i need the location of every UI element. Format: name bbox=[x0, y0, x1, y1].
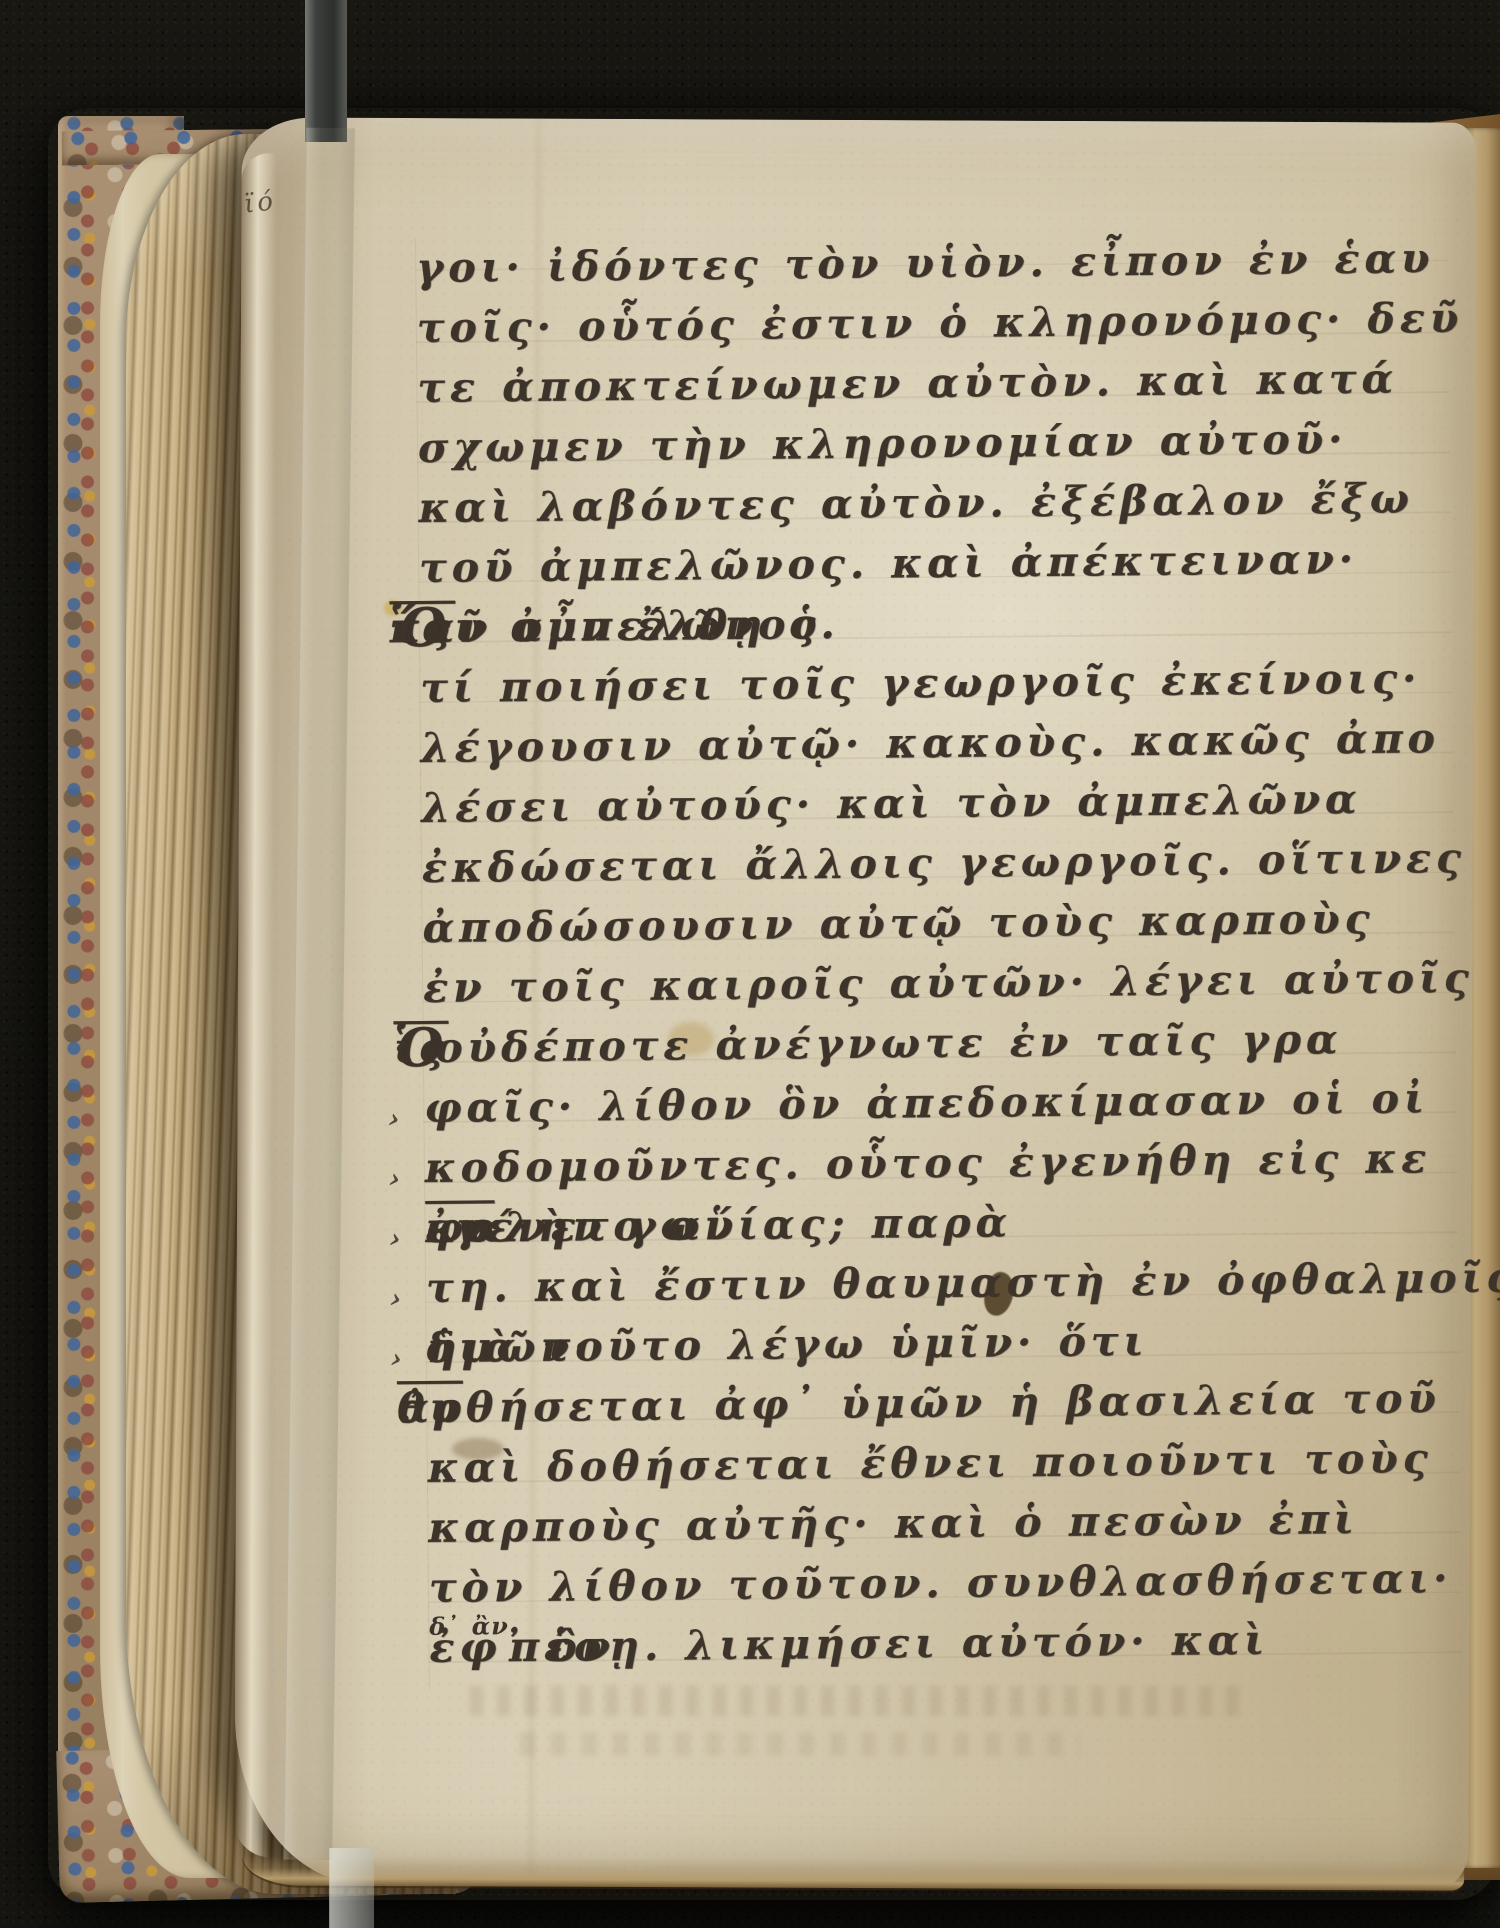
manuscript-line: ἐφ᾽ ὃν δ᾽ ἂν πέσῃ. λικμήσει αὐτόν· καὶ bbox=[429, 1608, 1462, 1678]
text-block: γοι· ἰδόντες τὸν υἱὸν. εἶπον ἐν ἑαυτοῖς·… bbox=[415, 228, 1462, 1690]
manuscript-line: τί ποιήσει τοῖς γεωργοῖς ἐκείνοις· bbox=[420, 648, 1453, 718]
line-text: κοδομοῦντες. οὗτος ἐγενήθη εἰς κε bbox=[425, 1128, 1432, 1198]
line-text: ἀποδώσουσιν αὐτῷ τοὺς καρποὺς bbox=[422, 889, 1374, 958]
manuscript-line: ›φαῖς· λίθον ὃν ἀπεδοκίμασαν οἱ οἰ bbox=[424, 1068, 1457, 1138]
verso-showthrough bbox=[470, 1686, 1250, 1716]
manuscript-line: λέσει αὐτούς· καὶ τὸν ἀμπελῶνα bbox=[421, 768, 1454, 838]
line-text: . bbox=[397, 1378, 417, 1438]
manuscript-line: ἐν τοῖς καιροῖς αὐτῶν· λέγει αὐτοῖς bbox=[423, 948, 1456, 1018]
line-text: λέσει αὐτούς· καὶ τὸν ἀμπελῶνα bbox=[421, 769, 1362, 838]
line-text: καρποὺς αὐτῆς· καὶ ὁ πεσὼν ἐπὶ bbox=[428, 1489, 1359, 1558]
line-text: ἀρθήσεται ἀφ᾽ ὑμῶν ἡ βασιλεία τοῦ bbox=[397, 1368, 1441, 1438]
manuscript-line: τε ἀποκτείνωμεν αὐτὸν. καὶ κατά bbox=[417, 348, 1450, 418]
manuscript-line: τοῖς· οὗτός ἐστιν ὁ κληρονόμος· δεῦ bbox=[417, 288, 1450, 358]
digitization-strap-bottom bbox=[329, 1848, 374, 1928]
line-text: ἐν τοῖς καιροῖς αὐτῶν· λέγει αὐτοῖς bbox=[423, 948, 1474, 1018]
line-text: τοῦ ἀμπελῶνος. καὶ ἀπέκτειναν· bbox=[419, 529, 1358, 598]
line-text: ἐγένετο αὕ bbox=[425, 1195, 738, 1258]
manuscript-line: Ὅταν οὖν ἔλθῃ ὁ κς τοῦ ἀμπελῶνος. bbox=[389, 588, 1452, 658]
line-text: φαῖς· λίθον ὃν ἀπεδοκίμασαν οἱ οἰ bbox=[424, 1068, 1429, 1138]
line-text: λέγουσιν αὐτῷ· κακοὺς. κακῶς ἀπο bbox=[421, 708, 1441, 778]
manuscript-line: Ὁ ις· οὐδέποτε ἀνέγνωτε ἐν ταῖς γρα bbox=[393, 1008, 1456, 1078]
manuscript-line: τοῦ ἀμπελῶνος. καὶ ἀπέκτειναν· bbox=[419, 528, 1452, 598]
manuscript-line: λέγουσιν αὐτῷ· κακοὺς. κακῶς ἀπο bbox=[421, 708, 1454, 778]
line-text: τοῦ ἀμπελῶνος. bbox=[389, 594, 840, 658]
line-text: γοι· ἰδόντες τὸν υἱὸν. εἶπον ἐν ἑαυ bbox=[416, 228, 1435, 298]
line-text: · οὐδέποτε ἀνέγνωτε ἐν ταῖς γρα bbox=[393, 1009, 1342, 1078]
manuscript-line: καὶ λαβόντες αὐτὸν. ἐξέβαλον ἔξω bbox=[418, 468, 1451, 538]
manuscript-line: γοι· ἰδόντες τὸν υἱὸν. εἶπον ἐν ἑαυ bbox=[416, 228, 1449, 298]
digitization-strap-top bbox=[305, 0, 347, 142]
line-text: καὶ δοθήσεται ἔθνει ποιοῦντι τοὺς bbox=[428, 1428, 1433, 1498]
manuscript-line: ἀρθήσεται ἀφ᾽ ὑμῶν ἡ βασιλεία τοῦ θυ. bbox=[397, 1368, 1460, 1438]
manuscript-line: σχωμεν τὴν κληρονομίαν αὐτοῦ· bbox=[418, 408, 1451, 478]
line-text: τη. καὶ ἔστιν θαυμαστὴ ἐν ὀφθαλμοῖς bbox=[426, 1247, 1500, 1317]
interlinear-addition: δ᾽ ἂν bbox=[429, 1611, 509, 1641]
line-text: τί ποιήσει τοῖς γεωργοῖς ἐκείνοις· bbox=[420, 648, 1422, 718]
folio-mark: ϊό bbox=[242, 186, 277, 220]
manuscript-photograph: ϊό γοι· ἰδόντες τὸν υἱὸν. εἶπον ἐν ἑαυτο… bbox=[0, 0, 1500, 1928]
manuscript-line: ἀποδώσουσιν αὐτῷ τοὺς καρποὺς bbox=[422, 888, 1455, 958]
line-text: σχωμεν τὴν κληρονομίαν αὐτοῦ· bbox=[418, 409, 1348, 478]
line-text: ἐκδώσεται ἄλλοις γεωργοῖς. οἵτινες bbox=[422, 828, 1466, 898]
manuscript-line: ἐκδώσεται ἄλλοις γεωργοῖς. οἵτινες bbox=[422, 828, 1455, 898]
manuscript-line: τὸν λίθον τοῦτον. συνθλασθήσεται· bbox=[429, 1548, 1462, 1618]
line-text: τε ἀποκτείνωμεν αὐτὸν. καὶ κατά bbox=[417, 349, 1398, 418]
line-text: καὶ λαβόντες αὐτὸν. ἐξέβαλον ἔξω bbox=[418, 468, 1414, 538]
line-text: διὰ τοῦτο λέγω ὑμῖν· ὅτι bbox=[426, 1311, 1148, 1378]
manuscript-line: ›φαλὴν γωνίας; παρὰ κυ ἐγένετο αὕ bbox=[425, 1188, 1458, 1258]
manuscript-line: καὶ δοθήσεται ἔθνει ποιοῦντι τοὺς bbox=[428, 1428, 1461, 1498]
manuscript-line: ›ἡμῶν·διὰ τοῦτο λέγω ὑμῖν· ὅτι bbox=[426, 1308, 1459, 1378]
manuscript-line: καρποὺς αὐτῆς· καὶ ὁ πεσὼν ἐπὶ bbox=[428, 1488, 1461, 1558]
line-text: τοῖς· οὗτός ἐστιν ὁ κληρονόμος· δεῦ bbox=[417, 288, 1464, 358]
manuscript-line: ›τη. καὶ ἔστιν θαυμαστὴ ἐν ὀφθαλμοῖς bbox=[426, 1248, 1459, 1318]
manuscript-line: ›κοδομοῦντες. οὗτος ἐγενήθη εἰς κε bbox=[425, 1128, 1458, 1198]
verso-showthrough bbox=[520, 1732, 1080, 1756]
line-text: τὸν λίθον τοῦτον. συνθλασθήσεται· bbox=[429, 1548, 1453, 1618]
line-text: πέσῃ. λικμήσει αὐτόν· καὶ bbox=[509, 1610, 1270, 1677]
